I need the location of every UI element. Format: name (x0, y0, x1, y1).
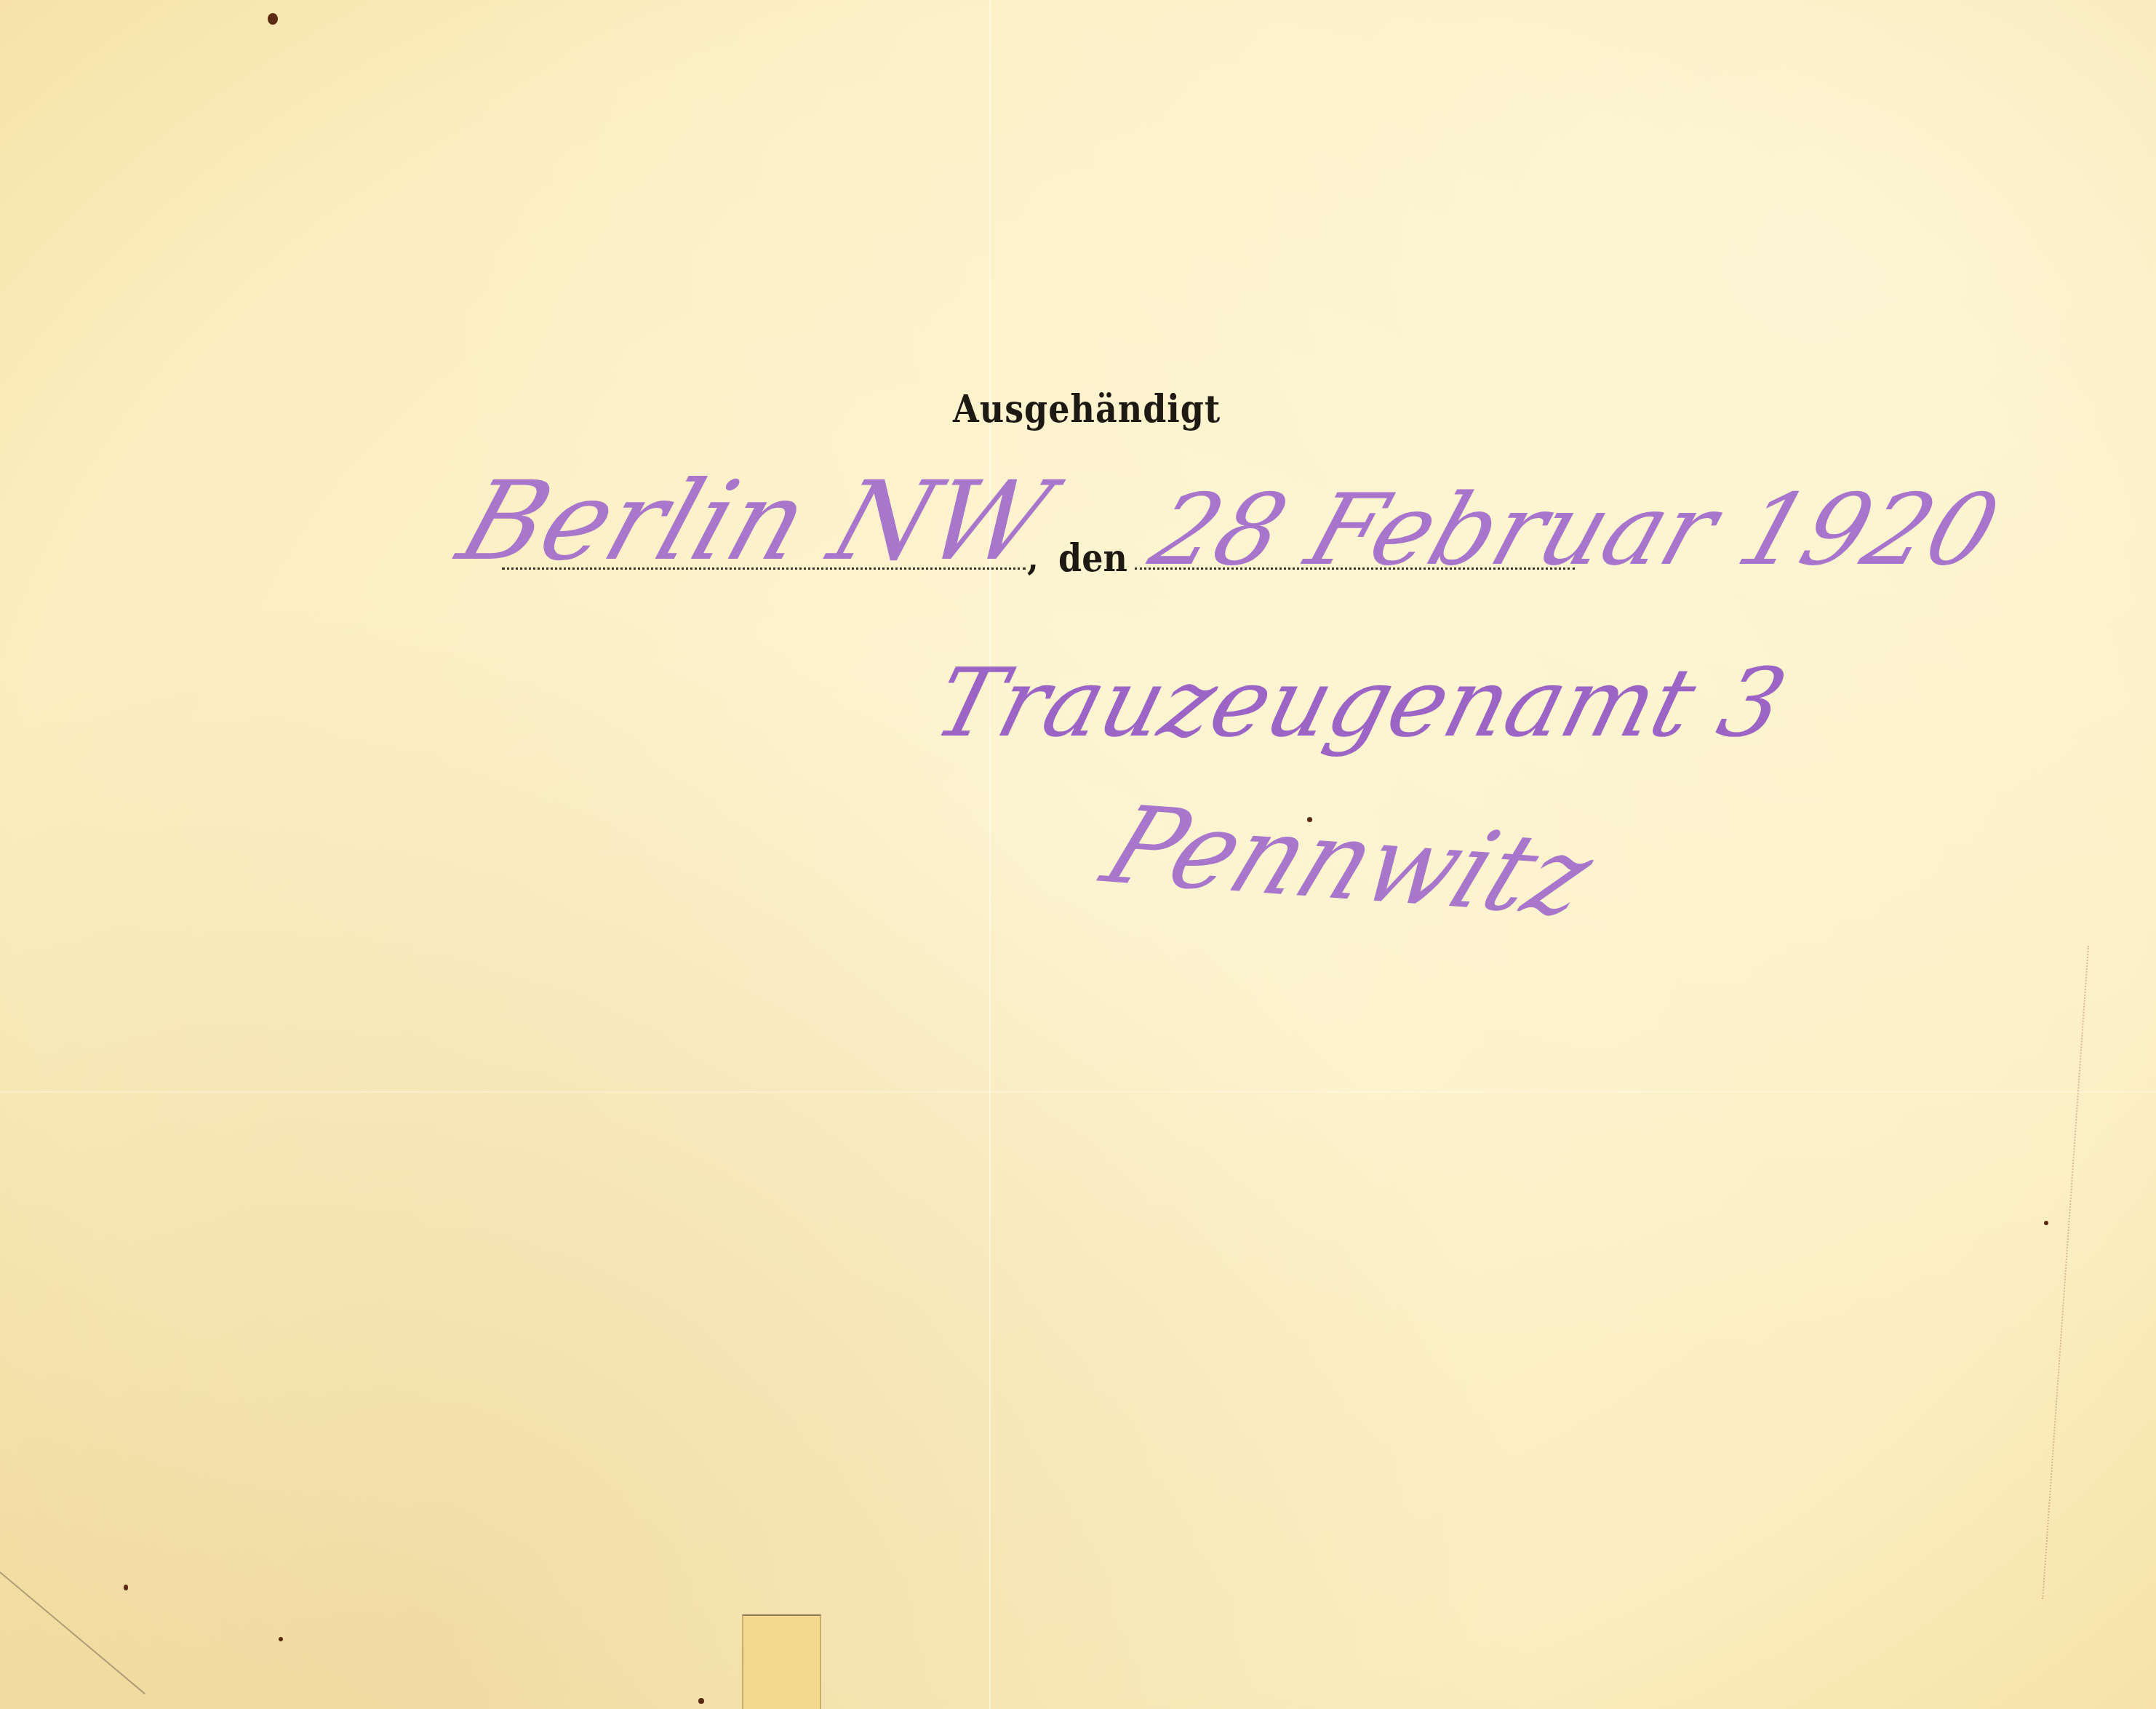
handwritten-date: 28 Februar 1920 (1138, 473, 2011, 587)
ink-spot (2044, 1221, 2048, 1225)
horizontal-fold-line (0, 1091, 2156, 1093)
ink-spot (124, 1585, 128, 1590)
den-label: den (1058, 535, 1127, 581)
ink-spot (279, 1637, 283, 1641)
tape-strip (742, 1614, 821, 1709)
ink-spot (698, 1698, 704, 1704)
handwritten-place: Berlin NW (445, 458, 1066, 585)
handwritten-office: Trauzeugenamt 3 (924, 648, 1797, 758)
document-heading: Ausgehändigt (953, 386, 1221, 431)
vertical-fold-line (989, 0, 991, 1709)
paper-background (0, 0, 2156, 1709)
ink-spot (268, 13, 278, 25)
